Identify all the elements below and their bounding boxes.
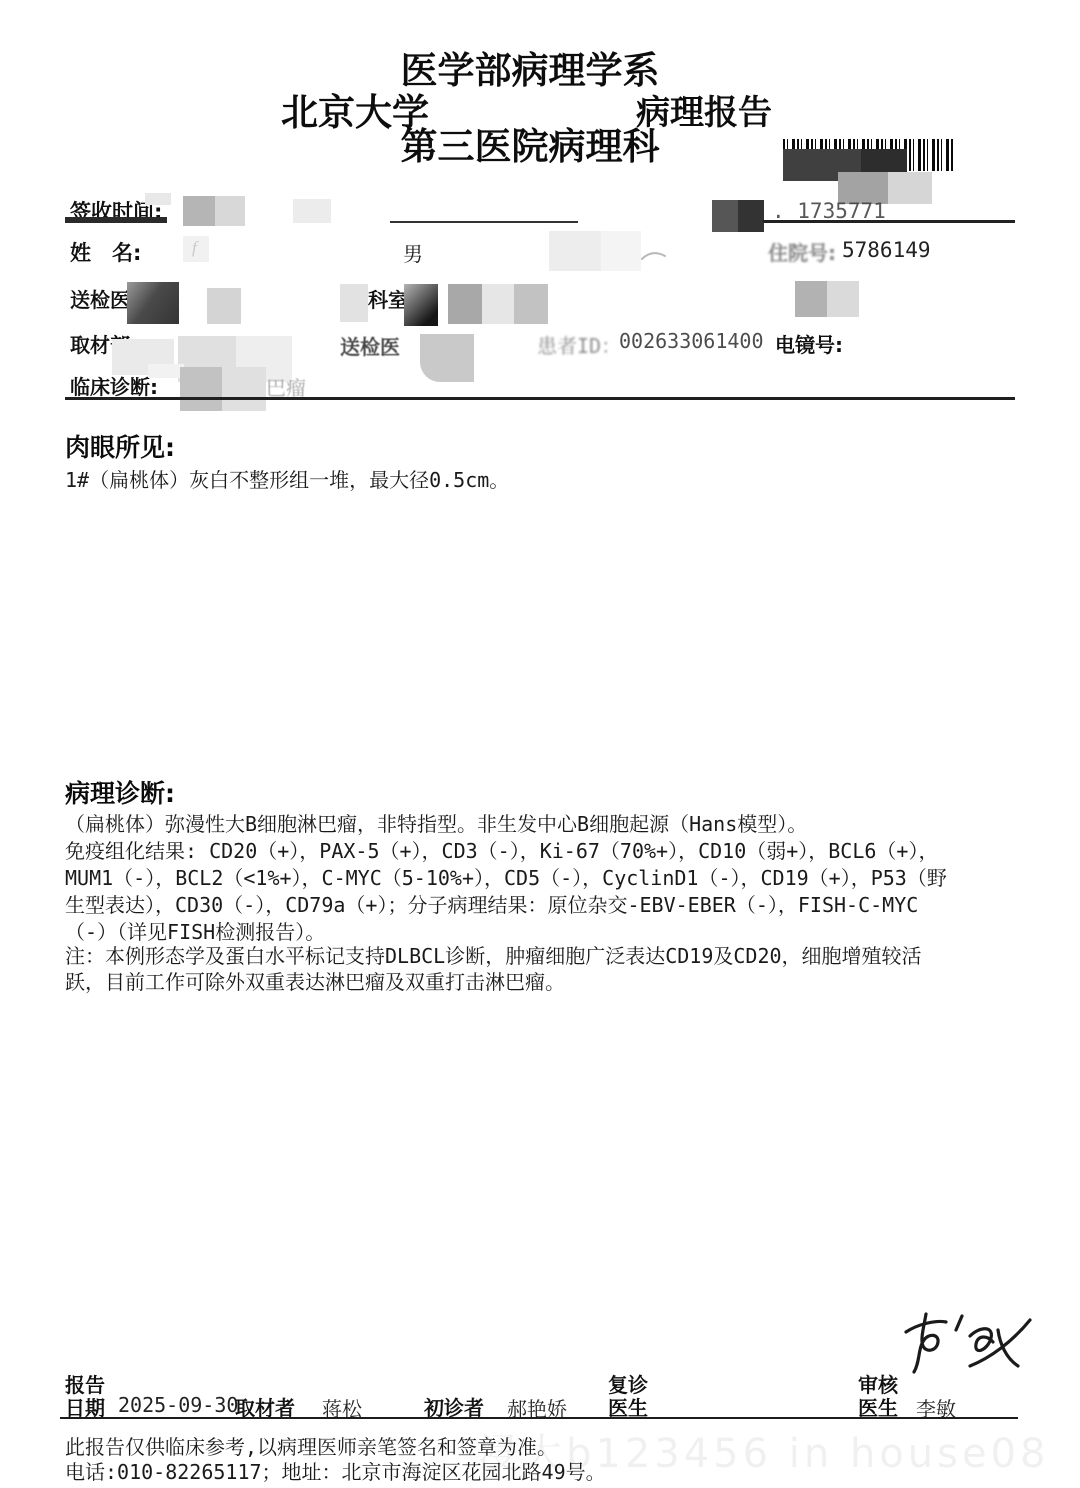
table-bottom-rule	[65, 397, 1015, 400]
diagnosis-line: 跃，目前工作可除外双重表达淋巴瘤及双重打击淋巴瘤。	[65, 966, 565, 995]
footer-note-contact: 电话:010-82265117；地址：北京市海淀区花园北路49号。	[65, 1456, 606, 1485]
redaction-block	[127, 282, 179, 324]
redaction-block	[514, 284, 548, 324]
redaction-block	[448, 284, 482, 324]
admission-no-value: 5786149	[842, 238, 931, 262]
redaction-block	[207, 288, 241, 324]
send-hospital-label: 送检医	[70, 284, 130, 313]
name-label: 姓 名:	[70, 237, 141, 267]
redaction-block	[712, 200, 738, 232]
redaction-block	[482, 284, 514, 324]
redaction-block	[420, 334, 474, 382]
redaction-block	[888, 172, 932, 204]
auditor-signature	[896, 1306, 1041, 1381]
footer-divider	[60, 1417, 1018, 1419]
redaction-block	[601, 231, 641, 271]
redaction-block	[180, 367, 222, 411]
faint-scribble	[640, 248, 668, 262]
patient-id-value: 002633061400	[619, 329, 764, 353]
patient-id-label: 患者ID：	[537, 330, 621, 359]
gross-body: 1#（扁桃体）灰白不整形组一堆，最大径0.5cm。	[65, 464, 509, 493]
redaction-block	[222, 367, 266, 411]
table-rule-segment	[763, 220, 1015, 223]
pathology-report-page: 医学部病理学系 北京大学 病理报告 第三医院病理科 签收时间: . 173577…	[0, 0, 1080, 1488]
diagnosis-line: （扁桃体）弥漫性大B细胞淋巴瘤，非特指型。非生发中心B细胞起源（Hans模型）。	[65, 808, 807, 837]
gross-heading: 肉眼所见:	[65, 428, 175, 464]
redaction-block	[827, 281, 859, 317]
redaction-block	[293, 199, 331, 223]
report-date-value: 2025-09-30	[118, 1393, 238, 1417]
redacted-name-trace: f	[192, 238, 197, 258]
header-hospital-line: 第三医院病理科	[330, 116, 730, 170]
table-rule-segment	[65, 217, 167, 223]
redaction-block	[215, 196, 245, 226]
table-rule-segment	[390, 221, 578, 223]
diagnosis-line: 注：本例形态学及蛋白水平标记支持DLBCL诊断，肿瘤细胞广泛表达CD19及CD2…	[65, 940, 922, 969]
redaction-block	[549, 231, 601, 271]
gender-value: 男	[403, 238, 423, 267]
diagnosis-line: 免疫组化结果: CD20（+），PAX-5（+），CD3（-），Ki-67（70…	[65, 835, 938, 864]
send-doctor-label: 送检医	[340, 331, 400, 360]
redaction-block	[340, 284, 368, 322]
redaction-block	[148, 364, 184, 378]
em-number-label: 电镜号:	[775, 329, 843, 358]
redaction-block	[795, 281, 827, 317]
redaction-block	[183, 196, 215, 226]
diagnosis-line: 生型表达），CD30（-），CD79a（+）；分子病理结果：原位杂交-EBV-E…	[65, 889, 918, 918]
redaction-block	[404, 284, 438, 326]
diagnosis-line: MUM1（-），BCL2（<1%+），C-MYC（5-10%+），CD5（-），…	[65, 862, 947, 891]
redaction-block	[145, 193, 171, 205]
diagnosis-heading: 病理诊断:	[65, 774, 175, 810]
redaction-block	[738, 200, 764, 232]
admission-no-label: 住院号:	[768, 237, 836, 266]
clinical-dx-label: 临床诊断:	[70, 371, 158, 400]
